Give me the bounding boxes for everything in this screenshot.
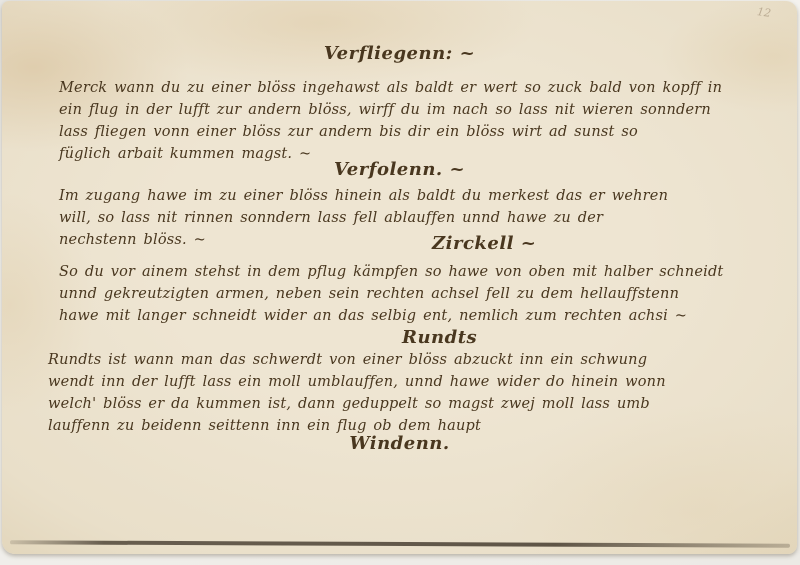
manuscript-line: will, so lass nit rinnen sonndern lass f… (59, 207, 745, 229)
manuscript-line: Im zugang hawe im zu einer blöss hinein … (59, 185, 745, 207)
section-heading-verfolgen: Verfolenn. ~ (2, 159, 797, 180)
paragraph-zirckel: So du vor ainem stehst in dem pflug kämp… (59, 261, 745, 327)
section-heading-verfliegen: Verfliegenn: ~ (2, 43, 797, 64)
manuscript-line: wendt inn der lufft lass ein moll umblau… (48, 371, 745, 393)
paragraph-verfliegen: Merck wann du zu einer blöss ingehawst a… (59, 77, 745, 165)
manuscript-line: hawe mit langer schneidt wider an das se… (59, 305, 745, 327)
manuscript-line: unnd gekreutzigten armen, neben sein rec… (59, 283, 745, 305)
section-heading-winden: Windenn. (2, 433, 797, 454)
paragraph-rundt: Rundts ist wann man das schwerdt von ein… (48, 349, 745, 437)
manuscript-line: lass fliegen vonn einer blöss zur andern… (59, 121, 745, 143)
manuscript-line: welch' blöss er da kummen ist, dann gedu… (48, 393, 745, 415)
manuscript-line: Merck wann du zu einer blöss ingehawst a… (59, 77, 745, 99)
manuscript-line: Rundts ist wann man das schwerdt von ein… (48, 349, 745, 371)
paper-shadow-edge (10, 540, 790, 547)
manuscript-page: 12 Verfliegenn: ~ Merck wann du zu einer… (2, 1, 797, 554)
manuscript-line: nechstenn blöss. ~ (59, 229, 745, 251)
paragraph-verfolgen: Im zugang hawe im zu einer blöss hinein … (59, 185, 745, 251)
folio-number: 12 (756, 5, 772, 20)
section-heading-rundt: Rundts (402, 327, 477, 348)
manuscript-line: So du vor ainem stehst in dem pflug kämp… (59, 261, 745, 283)
manuscript-line: ein flug in der lufft zur andern blöss, … (59, 99, 745, 121)
section-heading-zirckel: Zirckell ~ (432, 233, 536, 254)
